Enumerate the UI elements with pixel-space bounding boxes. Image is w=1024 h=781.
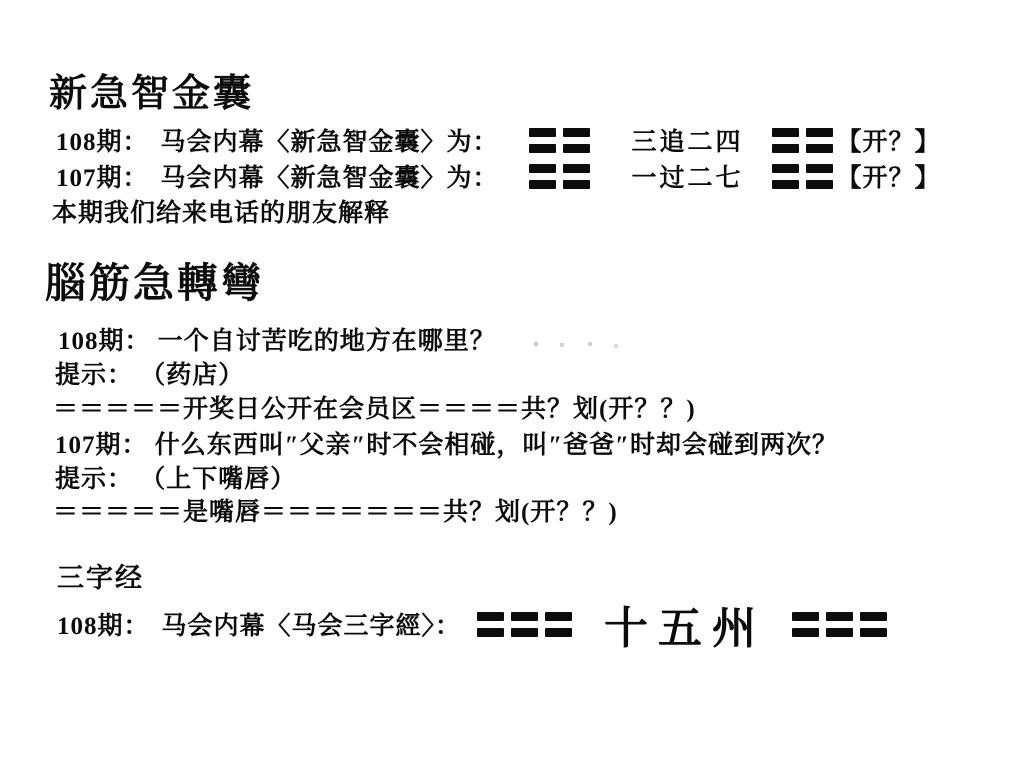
hexagram-bars-icon (772, 164, 833, 189)
hexagram-bars-icon (477, 612, 572, 637)
riddle-hint-107: 提示： （上下嘴唇） (55, 459, 296, 495)
insider-label: 马会内幕〈马会三字經〉： (162, 606, 462, 642)
issue-number: 108期： (56, 122, 149, 158)
member-zone-notice: ＝＝＝＝＝开奖日公开在会员区＝＝＝＝共？划(开？？) (53, 389, 696, 425)
insider-label: 马会内幕〈新急智金囊〉为： (161, 158, 499, 194)
tip-phrase: 三追二四 (632, 122, 744, 158)
riddle-answer-107: ＝＝＝＝＝是嘴唇＝＝＝＝＝＝＝共？划(开？？) (53, 492, 618, 528)
hexagram-bars-icon (792, 612, 887, 637)
hexagram-bars-icon (772, 128, 833, 153)
section-title-jinnang: 新急智金囊 (49, 62, 254, 117)
hexagram-bars-icon (529, 128, 590, 153)
riddle-hint-108: 提示： （药店） (55, 355, 244, 391)
hexagram-bars-icon (529, 164, 590, 189)
jinnang-row-108: 108期： 马会内幕〈新急智金囊〉为： 三追二四 【开？】 (56, 122, 941, 158)
result-placeholder: 【开？】 (837, 122, 941, 158)
issue-number: 108期： (57, 606, 150, 642)
issue-number: 107期： (56, 158, 149, 194)
insider-label: 马会内幕〈新急智金囊〉为： (161, 122, 499, 158)
riddle-question-108: 108期： 一个自讨苦吃的地方在哪里？ (58, 321, 496, 357)
tip-phrase-large: 十五州 (604, 592, 766, 656)
riddle-question-107: 107期： 什么东西叫″父亲″时不会相碰，叫″爸爸″时却会碰到两次？ (55, 425, 838, 461)
jinnang-note: 本期我们给来电话的朋友解释 (52, 193, 390, 229)
jinnang-row-107: 107期： 马会内幕〈新急智金囊〉为： 一过二七 【开？】 (56, 158, 941, 194)
sanzijing-row-108: 108期： 马会内幕〈马会三字經〉： 十五州 (57, 592, 887, 656)
scan-artifact (534, 342, 538, 346)
section-title-sanzijing: 三字经 (57, 556, 144, 595)
result-placeholder: 【开？】 (837, 158, 941, 194)
tip-phrase: 一过二七 (632, 158, 744, 194)
scanned-lottery-tip-sheet: 新急智金囊 108期： 马会内幕〈新急智金囊〉为： 三追二四 【开？】 107期… (0, 0, 1024, 781)
section-title-naojin: 腦筋急轉彎 (45, 250, 265, 309)
